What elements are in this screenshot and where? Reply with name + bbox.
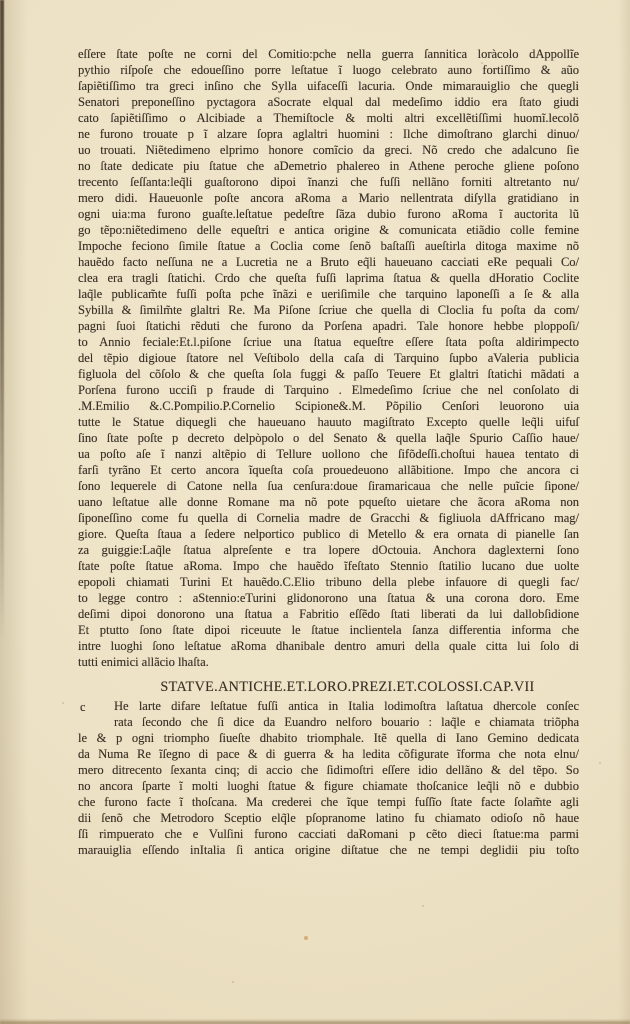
text-line: eſſere ſtate poſte ne corni del Comitio:…	[78, 46, 579, 62]
text-line: trecento ſeſſanta:leq̃li guaſtorono dipo…	[78, 174, 579, 190]
text-line: Senatori preponeſſino pyctagora aSocrate…	[78, 94, 579, 110]
page-right-edge	[618, 0, 630, 1024]
text-line: .M.Emilio &.C.Pompilio.P.Cornelio Scipio…	[78, 398, 579, 414]
text-line: to legge contro : aStennio:eTurini glido…	[78, 590, 579, 606]
text-line: intre luoghi ſono leſtatue aRoma dhaniba…	[78, 638, 579, 654]
main-text-block: eſſere ſtate poſte ne corni del Comitio:…	[78, 46, 579, 670]
text-line: dii ſenõ che Metrodoro Sceptio elq̃le pſ…	[78, 810, 579, 826]
chapter-paragraph: c He larte difare leſtatue fuſſi antica …	[78, 698, 579, 858]
text-line: uo trouati. Niẽtedimeno elprimo honore c…	[78, 142, 579, 158]
paper-specks	[0, 0, 2, 2]
book-page: eſſere ſtate poſte ne corni del Comitio:…	[0, 0, 630, 1024]
text-line: cato ſapiẽtiſſimo o Alcibiade a Themiſto…	[78, 110, 579, 126]
text-line: ſono lequerele di Catone nella ſua cenſu…	[78, 478, 579, 494]
text-line: ogni uia:ma furono guaſte.leſtatue pedeſ…	[78, 206, 579, 222]
text-line: tutti enimici allãcio lhaſta.	[78, 654, 579, 670]
text-line: ſiponeſſino come fu quella di Cornelia m…	[78, 510, 579, 526]
text-line: uano leſtatue alle donne Romane ma nõ po…	[78, 494, 579, 510]
text-line: Sybilla & ſimilm̃te glaltri Re. Ma Piſon…	[78, 302, 579, 318]
text-line: to Annio feciale:Et.l.piſone ſcriue una …	[78, 334, 579, 350]
text-line: figluola del cõſolo & che queſta ſola fu…	[78, 366, 579, 382]
text-line: no ancora ſparte ĩ molti luoghi ſtatue &…	[78, 778, 579, 794]
text-line: ſapiẽtiſſimo tra greci inſino che Sylla …	[78, 78, 579, 94]
text-line: Impoche feciono ſimile ſtatue a Coclia c…	[78, 238, 579, 254]
text-line: Et ptutto ſono ſtate dipoi riceuute le ſ…	[78, 622, 579, 638]
guide-letter: c	[80, 699, 86, 715]
text-line: ſſi rimpuerato che e Vulſini furono cacc…	[78, 826, 579, 842]
text-line: epopoli chiamati Turini Et hauẽdo.C.Elio…	[78, 574, 579, 590]
text-line: laq̃le publicam̃te fuſſi poſta pche ĩnãz…	[78, 286, 579, 302]
text-line: ua poſto aſe ĩ nanzi altẽpio di Tellure …	[78, 446, 579, 462]
text-line: marauiglia eſſendo inItalia ſi antica or…	[78, 842, 579, 858]
text-line: farſi tyrãno Et certo ancora ĩqueſta coſ…	[78, 462, 579, 478]
text-line: ſtate poſte ſtatue aRoma. Impo che hauẽd…	[78, 558, 579, 574]
text-column: eſſere ſtate poſte ne corni del Comitio:…	[78, 46, 579, 858]
text-line: Porſena furono ucciſi p fraude di Tarqui…	[78, 382, 579, 398]
text-line: hauẽdo facto neſſuna ne a Lucretia ne a …	[78, 254, 579, 270]
text-line: ne furono trouate p ĩ alzare ſopra aglal…	[78, 126, 579, 142]
gutter-shadow	[0, 0, 28, 1024]
text-line: za guiggie:Laq̃le ſtatua alpreſente e tr…	[78, 542, 579, 558]
text-line: pagni ſuoi ſtatichi rẽduti che furono da…	[78, 318, 579, 334]
text-line: mero ditrecento ſexanta cinq; di accio c…	[78, 762, 579, 778]
text-line: no ſtate dedicate piu ſtatue che aDemetr…	[78, 158, 579, 174]
text-line: clea era tragli ſtatichi. Crdo che queſt…	[78, 270, 579, 286]
text-line: deſimi dipoi donorono una ſtatua a Fabri…	[78, 606, 579, 622]
text-line: del tẽpio digioue ſtatore nel Veſtibolo …	[78, 350, 579, 366]
text-line: che furono facte ĩ thoſcana. Ma crederei…	[78, 794, 579, 810]
text-line: He larte difare leſtatue fuſſi antica in…	[78, 698, 579, 714]
text-line: le & p ogni triompho ſiueſte dhabito tri…	[78, 730, 579, 746]
page-bottom-edge	[0, 1019, 630, 1024]
text-line: rata ſecondo che ſi dice da Euandro nelf…	[78, 714, 579, 730]
chapter-text-block: He larte difare leſtatue fuſſi antica in…	[78, 698, 579, 858]
chapter-heading: STATVE.ANTICHE.ET.LORO.PREZI.ET.COLOSSI.…	[78, 678, 579, 696]
text-line: giore. Queſta ſtaua a ſedere nelportico …	[78, 526, 579, 542]
text-line: da Numa Re ĩſegno di pace & di guerra & …	[78, 746, 579, 762]
text-line: mero didi. Haueuonle poſte ancora aRoma …	[78, 190, 579, 206]
text-line: tutte le Statue diquegli che haueuano ha…	[78, 414, 579, 430]
text-line: pythio riſpoſe che edoueſſino porre leſt…	[78, 62, 579, 78]
text-line: ſino ſtate poſte p decreto delpòpolo o d…	[78, 430, 579, 446]
text-line: go tẽpo:niẽtedimeno delle equeſtri e ant…	[78, 222, 579, 238]
page-left-edge	[0, 0, 4, 640]
